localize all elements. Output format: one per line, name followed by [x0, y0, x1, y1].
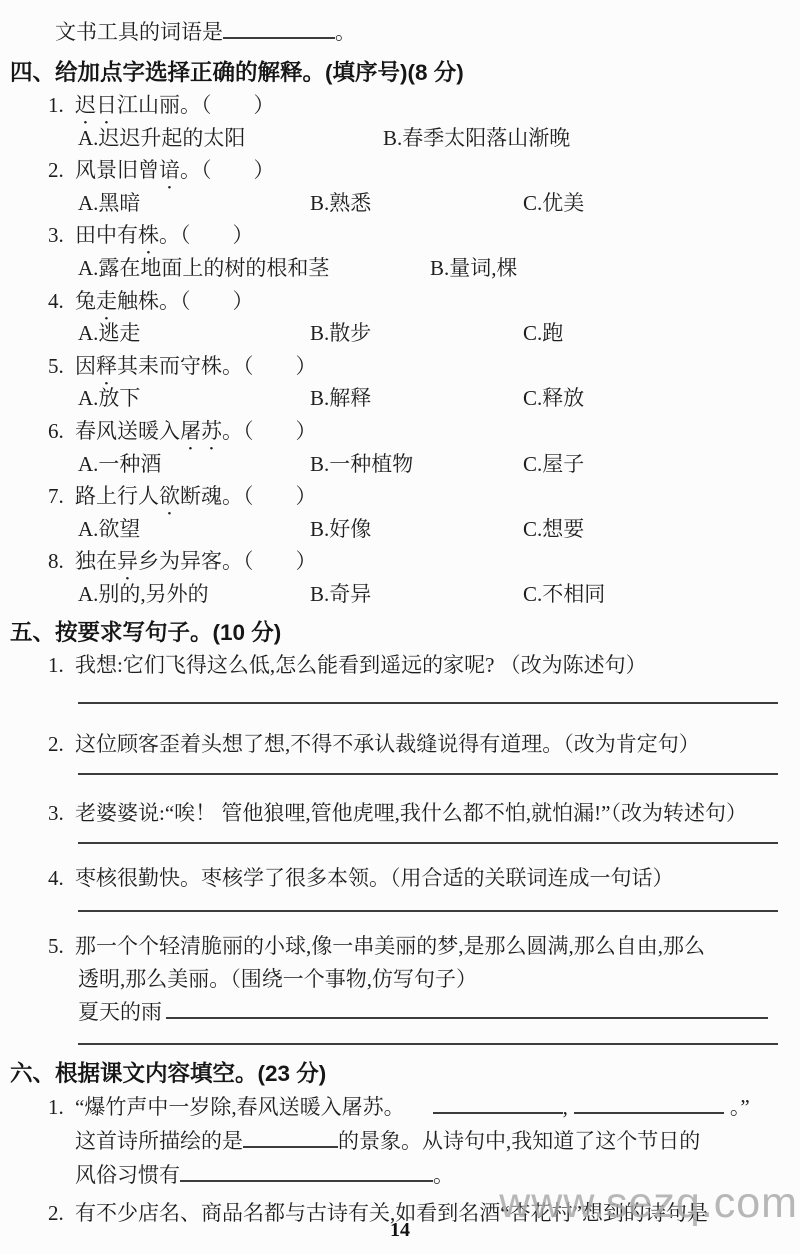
s5-item4-sentence: 枣核很勤快。枣核学了很多本领。（用合适的关联词连成一句话）: [75, 866, 674, 890]
q1-answer-bracket[interactable]: （ ）: [201, 93, 275, 117]
s6-q1-verse: “爆竹声中一岁除,春风送暖入屠苏。: [75, 1095, 405, 1119]
q6-number: 6.: [48, 415, 75, 448]
q5-option-a[interactable]: A.放下: [78, 382, 310, 415]
q3-answer-bracket[interactable]: （ ）: [180, 223, 254, 247]
q8-options: A.别的,另外的B.奇异C.不相同: [0, 578, 800, 611]
q4-stem: 4.兔走触株。（ ）: [0, 285, 800, 318]
q6-answer-bracket[interactable]: （ ）: [243, 419, 317, 443]
page-number: 14: [0, 1219, 800, 1242]
q4-option-c[interactable]: C.跑: [523, 317, 563, 350]
q2-text-post: 。: [180, 158, 201, 182]
q2-number: 2.: [48, 154, 75, 187]
s6-q1-line3-period: 。: [433, 1163, 454, 1187]
q3-number: 3.: [48, 219, 75, 252]
s5-item2-answer-line[interactable]: [78, 773, 778, 775]
q7-option-a[interactable]: A.欲望: [78, 513, 310, 546]
s5-item1-sentence: 我想:它们飞得这么低,怎么能看到遥远的家呢? （改为陈述句）: [75, 653, 647, 677]
q7-options: A.欲望B.好像C.想要: [0, 513, 800, 546]
q8-emphasized-chars: 异: [117, 549, 138, 573]
s5-item2-text: 2.这位顾客歪着头想了想,不得不承认裁缝说得有道理。（改为肯定句）: [0, 728, 800, 761]
s6-q1-blank2[interactable]: [574, 1092, 724, 1114]
q5-number: 5.: [48, 350, 75, 383]
q8-number: 8.: [48, 545, 75, 578]
s5-item5-line1: 5.那一个个轻清脆丽的小球,像一串美丽的梦,是那么圆满,那么自由,那么: [0, 930, 800, 963]
section4-heading: 四、给加点字选择正确的解释。(填序号)(8 分): [0, 56, 800, 89]
s5-item2-number: 2.: [48, 728, 75, 761]
q7-text-pre: 路上行人: [75, 484, 159, 508]
q3-text-pre: 田中有: [75, 223, 138, 247]
s5-item3-text: 3.老婆婆说:“唉！ 管他狼哩,管他虎哩,我什么都不怕,就怕漏!”（改为转述句）: [0, 797, 800, 830]
q4-option-a[interactable]: A.逃走: [78, 317, 310, 350]
q7-text-post: 断魂。: [180, 484, 243, 508]
s5-item1-answer-line[interactable]: [78, 702, 778, 704]
s5-item3-answer-line[interactable]: [78, 842, 778, 844]
q5-stem: 5.因释其耒而守株。（ ）: [0, 350, 800, 383]
q4-number: 4.: [48, 285, 75, 318]
s6-q1-blank1[interactable]: [433, 1092, 563, 1114]
q5-text-post: 其耒而守株。: [117, 354, 243, 378]
s6-q1-blank4[interactable]: [180, 1160, 433, 1182]
q6-text-pre: 春风送暖入: [75, 419, 180, 443]
q4-text-pre: 兔: [75, 289, 96, 313]
q1-option-a[interactable]: A.迟迟升起的太阳: [78, 122, 383, 155]
q4-emphasized-chars: 走: [96, 289, 117, 313]
q2-option-c[interactable]: C.优美: [523, 187, 584, 220]
q3-options: A.露在地面上的树的根和茎B.量词,棵: [0, 252, 800, 285]
s5-item4-text: 4.枣核很勤快。枣核学了很多本领。（用合适的关联词连成一句话）: [0, 862, 800, 895]
q1-option-b[interactable]: B.春季太阳落山渐晚: [383, 122, 570, 155]
q3-option-a[interactable]: A.露在地面上的树的根和茎: [78, 252, 430, 285]
s5-item1-text: 1.我想:它们飞得这么低,怎么能看到遥远的家呢? （改为陈述句）: [0, 649, 800, 682]
q6-stem: 6.春风送暖入屠苏。（ ）: [0, 415, 800, 448]
q2-answer-bracket[interactable]: （ ）: [201, 158, 275, 182]
q5-option-c[interactable]: C.释放: [523, 382, 584, 415]
intro-text: 文书工具的词语是: [55, 20, 223, 44]
s5-item5-answer-line[interactable]: [78, 1043, 778, 1045]
q2-options: A.黑暗B.熟悉C.优美: [0, 187, 800, 220]
s5-item3-number: 3.: [48, 797, 75, 830]
q1-stem: 1.迟日江山丽。（ ）: [0, 89, 800, 122]
s5-item2-sentence: 这位顾客歪着头想了想,不得不承认裁缝说得有道理。（改为肯定句）: [75, 732, 700, 756]
q7-answer-bracket[interactable]: （ ）: [243, 484, 317, 508]
q2-text-pre: 风景旧曾: [75, 158, 159, 182]
s6-q1-line3: 风俗习惯有。: [0, 1158, 800, 1192]
q1-emphasized-chars: 迟日: [75, 93, 117, 117]
s6-q1-line1: 1.“爆竹声中一岁除,春风送暖入屠苏。,。”: [0, 1090, 800, 1124]
s5-item1-number: 1.: [48, 649, 75, 682]
q4-text-post: 触株。: [117, 289, 180, 313]
intro-period: 。: [335, 20, 356, 44]
q7-number: 7.: [48, 480, 75, 513]
s5-item3-sentence: 老婆婆说:“唉！ 管他狼哩,管他虎哩,我什么都不怕,就怕漏!”（改为转述句）: [75, 801, 747, 825]
q7-stem: 7.路上行人欲断魂。（ ）: [0, 480, 800, 513]
s6-q1-verse-end: 。”: [730, 1095, 750, 1119]
s6-q1-comma: ,: [563, 1095, 568, 1119]
s5-item4-answer-line[interactable]: [78, 910, 778, 912]
q1-options: A.迟迟升起的太阳B.春季太阳落山渐晚: [0, 122, 800, 155]
s6-q1-blank3[interactable]: [243, 1126, 338, 1148]
q5-option-b[interactable]: B.解释: [310, 382, 523, 415]
q8-answer-bracket[interactable]: （ ）: [243, 549, 317, 573]
q7-option-c[interactable]: C.想要: [523, 513, 584, 546]
q3-emphasized-chars: 株: [138, 223, 159, 247]
q5-options: A.放下B.解释C.释放: [0, 382, 800, 415]
s5-item5-lead-text: 夏天的雨: [78, 1000, 162, 1024]
s5-item4-number: 4.: [48, 862, 75, 895]
s5-item5-number: 5.: [48, 930, 75, 963]
q2-option-b[interactable]: B.熟悉: [310, 187, 523, 220]
q8-stem: 8.独在异乡为异客。（ ）: [0, 545, 800, 578]
q1-text-post: 江山丽。: [117, 93, 201, 117]
q2-option-a[interactable]: A.黑暗: [78, 187, 310, 220]
q8-option-c[interactable]: C.不相同: [523, 578, 605, 611]
s5-item5-sentence-part1: 那一个个轻清脆丽的小球,像一串美丽的梦,是那么圆满,那么自由,那么: [75, 934, 705, 958]
q6-option-a[interactable]: A.一种酒: [78, 448, 310, 481]
q2-emphasized-chars: 谙: [159, 158, 180, 182]
section6-heading: 六、根据课文内容填空。(23 分): [0, 1057, 800, 1090]
intro-fill-line: 文书工具的词语是。: [0, 16, 800, 49]
q8-text-pre: 独在: [75, 549, 117, 573]
s6-q1-line3-pre: 风俗习惯有: [75, 1163, 180, 1187]
q8-option-b[interactable]: B.奇异: [310, 578, 523, 611]
q6-text-post: 。: [222, 419, 243, 443]
q3-option-b[interactable]: B.量词,棵: [430, 252, 518, 285]
q4-answer-bracket[interactable]: （ ）: [180, 289, 254, 313]
s5-item5-line2: 透明,那么美丽。（围绕一个事物,仿写句子）: [0, 963, 800, 996]
q5-text-pre: 因: [75, 354, 96, 378]
q8-text-post: 乡为异客。: [138, 549, 243, 573]
q6-options: A.一种酒B.一种植物C.屋子: [0, 448, 800, 481]
q8-option-a[interactable]: A.别的,另外的: [78, 578, 310, 611]
intro-answer-blank[interactable]: [223, 17, 335, 39]
q1-number: 1.: [48, 89, 75, 122]
s6-q1-number: 1.: [48, 1090, 75, 1124]
q4-options: A.逃走B.散步C.跑: [0, 317, 800, 350]
s6-q1-line2: 这首诗所描绘的是的景象。从诗句中,我知道了这个节日的: [0, 1124, 800, 1158]
q6-emphasized-chars: 屠苏: [180, 419, 222, 443]
q2-stem: 2.风景旧曾谙。（ ）: [0, 154, 800, 187]
q6-option-c[interactable]: C.屋子: [523, 448, 584, 481]
q3-stem: 3.田中有株。（ ）: [0, 219, 800, 252]
q5-answer-bracket[interactable]: （ ）: [243, 354, 317, 378]
test-paper-page: 文书工具的词语是。 四、给加点字选择正确的解释。(填序号)(8 分) 1.迟日江…: [0, 0, 800, 1254]
q4-option-b[interactable]: B.散步: [310, 317, 523, 350]
q6-option-b[interactable]: B.一种植物: [310, 448, 523, 481]
s6-q1-line2-post: 的景象。从诗句中,我知道了这个节日的: [338, 1129, 700, 1153]
q3-text-post: 。: [159, 223, 180, 247]
q7-option-b[interactable]: B.好像: [310, 513, 523, 546]
q5-emphasized-chars: 释: [96, 354, 117, 378]
section5-heading: 五、按要求写句子。(10 分): [0, 616, 800, 649]
s6-q1-line2-pre: 这首诗所描绘的是: [75, 1129, 243, 1153]
s5-item5-lead-line: 夏天的雨: [0, 996, 800, 1029]
s5-item5-sentence-part2: 透明,那么美丽。（围绕一个事物,仿写句子）: [78, 967, 477, 991]
q7-emphasized-chars: 欲: [159, 484, 180, 508]
s5-item5-answer-blank[interactable]: [166, 997, 768, 1019]
